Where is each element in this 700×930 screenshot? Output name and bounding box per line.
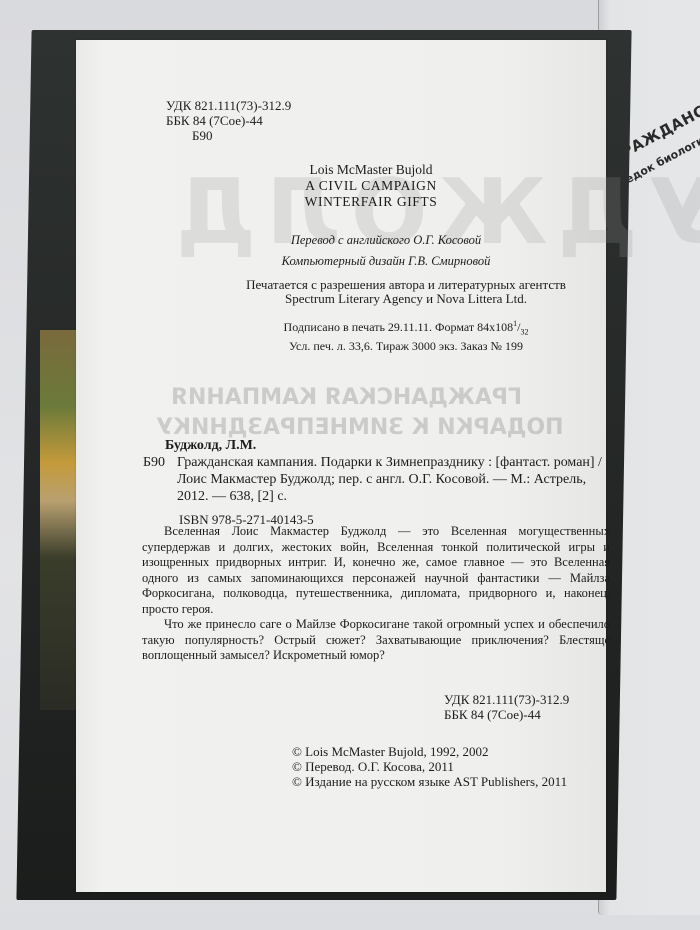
classification-bottom: УДК 821.111(73)-312.9 ББК 84 (7Сое)-44 bbox=[444, 692, 569, 722]
design-credit: Компьютерный дизайн Г.В. Смирновой bbox=[226, 251, 546, 272]
watermark-title-line1: ГРАЖДАНСКАЯ КАМПАНИЯ bbox=[171, 385, 522, 410]
print-info: Подписано в печать 29.11.11. Формат 84x1… bbox=[246, 317, 566, 353]
original-author: Lois McMaster Bujold bbox=[286, 162, 456, 178]
permission-notice: Печатается с разрешения автора и литерат… bbox=[246, 278, 566, 306]
copyright-line: © Издание на русском языке AST Publisher… bbox=[292, 774, 567, 789]
annotation: Вселенная Лоис Макмастер Буджолд — это В… bbox=[142, 524, 610, 664]
udk-code-bottom: УДК 821.111(73)-312.9 bbox=[444, 692, 569, 707]
print-info-line1: Подписано в печать 29.11.11. Формат 84x1… bbox=[246, 317, 566, 339]
original-title-2: WINTERFAIR GIFTS bbox=[286, 194, 456, 210]
udk-code: УДК 821.111(73)-312.9 bbox=[166, 98, 291, 113]
record-description: Гражданская кампания. Подарки к Зимнепра… bbox=[177, 454, 613, 505]
bibliographic-record: Буджолд, Л.М. Б90 Гражданская кампания. … bbox=[143, 437, 613, 528]
author-code: Б90 bbox=[166, 128, 291, 143]
annotation-paragraph-2: Что же принесло саге о Майлзе Форкосиган… bbox=[142, 617, 610, 664]
original-title-1: A CIVIL CAMPAIGN bbox=[286, 178, 456, 194]
copyright-line: © Перевод. О.Г. Косова, 2011 bbox=[292, 759, 567, 774]
copyright-block: © Lois McMaster Bujold, 1992, 2002 © Пер… bbox=[292, 744, 567, 789]
copyright-line: © Lois McMaster Bujold, 1992, 2002 bbox=[292, 744, 567, 759]
classification-top: УДК 821.111(73)-312.9 ББК 84 (7Сое)-44 Б… bbox=[166, 98, 291, 143]
imprint-page: БУДЖОЛД ГРАЖДАНСКАЯ КАМПАНИЯ ПОДАРКИ К З… bbox=[76, 40, 606, 892]
permission-line2: Spectrum Literary Agency и Nova Littera … bbox=[246, 292, 566, 306]
permission-line1: Печатается с разрешения автора и литерат… bbox=[246, 278, 566, 292]
annotation-paragraph-1: Вселенная Лоис Макмастер Буджолд — это В… bbox=[142, 524, 610, 617]
bbk-code-bottom: ББК 84 (7Сое)-44 bbox=[444, 707, 569, 722]
record-code: Б90 bbox=[143, 454, 177, 505]
credits: Перевод с английского О.Г. Косовой Компь… bbox=[226, 230, 546, 272]
bbk-code: ББК 84 (7Сое)-44 bbox=[166, 113, 291, 128]
original-title-block: Lois McMaster Bujold A CIVIL CAMPAIGN WI… bbox=[286, 162, 456, 210]
translation-credit: Перевод с английского О.Г. Косовой bbox=[226, 230, 546, 251]
cover-art-strip bbox=[40, 330, 80, 710]
record-author: Буджолд, Л.М. bbox=[143, 437, 613, 454]
print-info-line2: Усл. печ. л. 33,6. Тираж 3000 экз. Заказ… bbox=[246, 339, 566, 353]
